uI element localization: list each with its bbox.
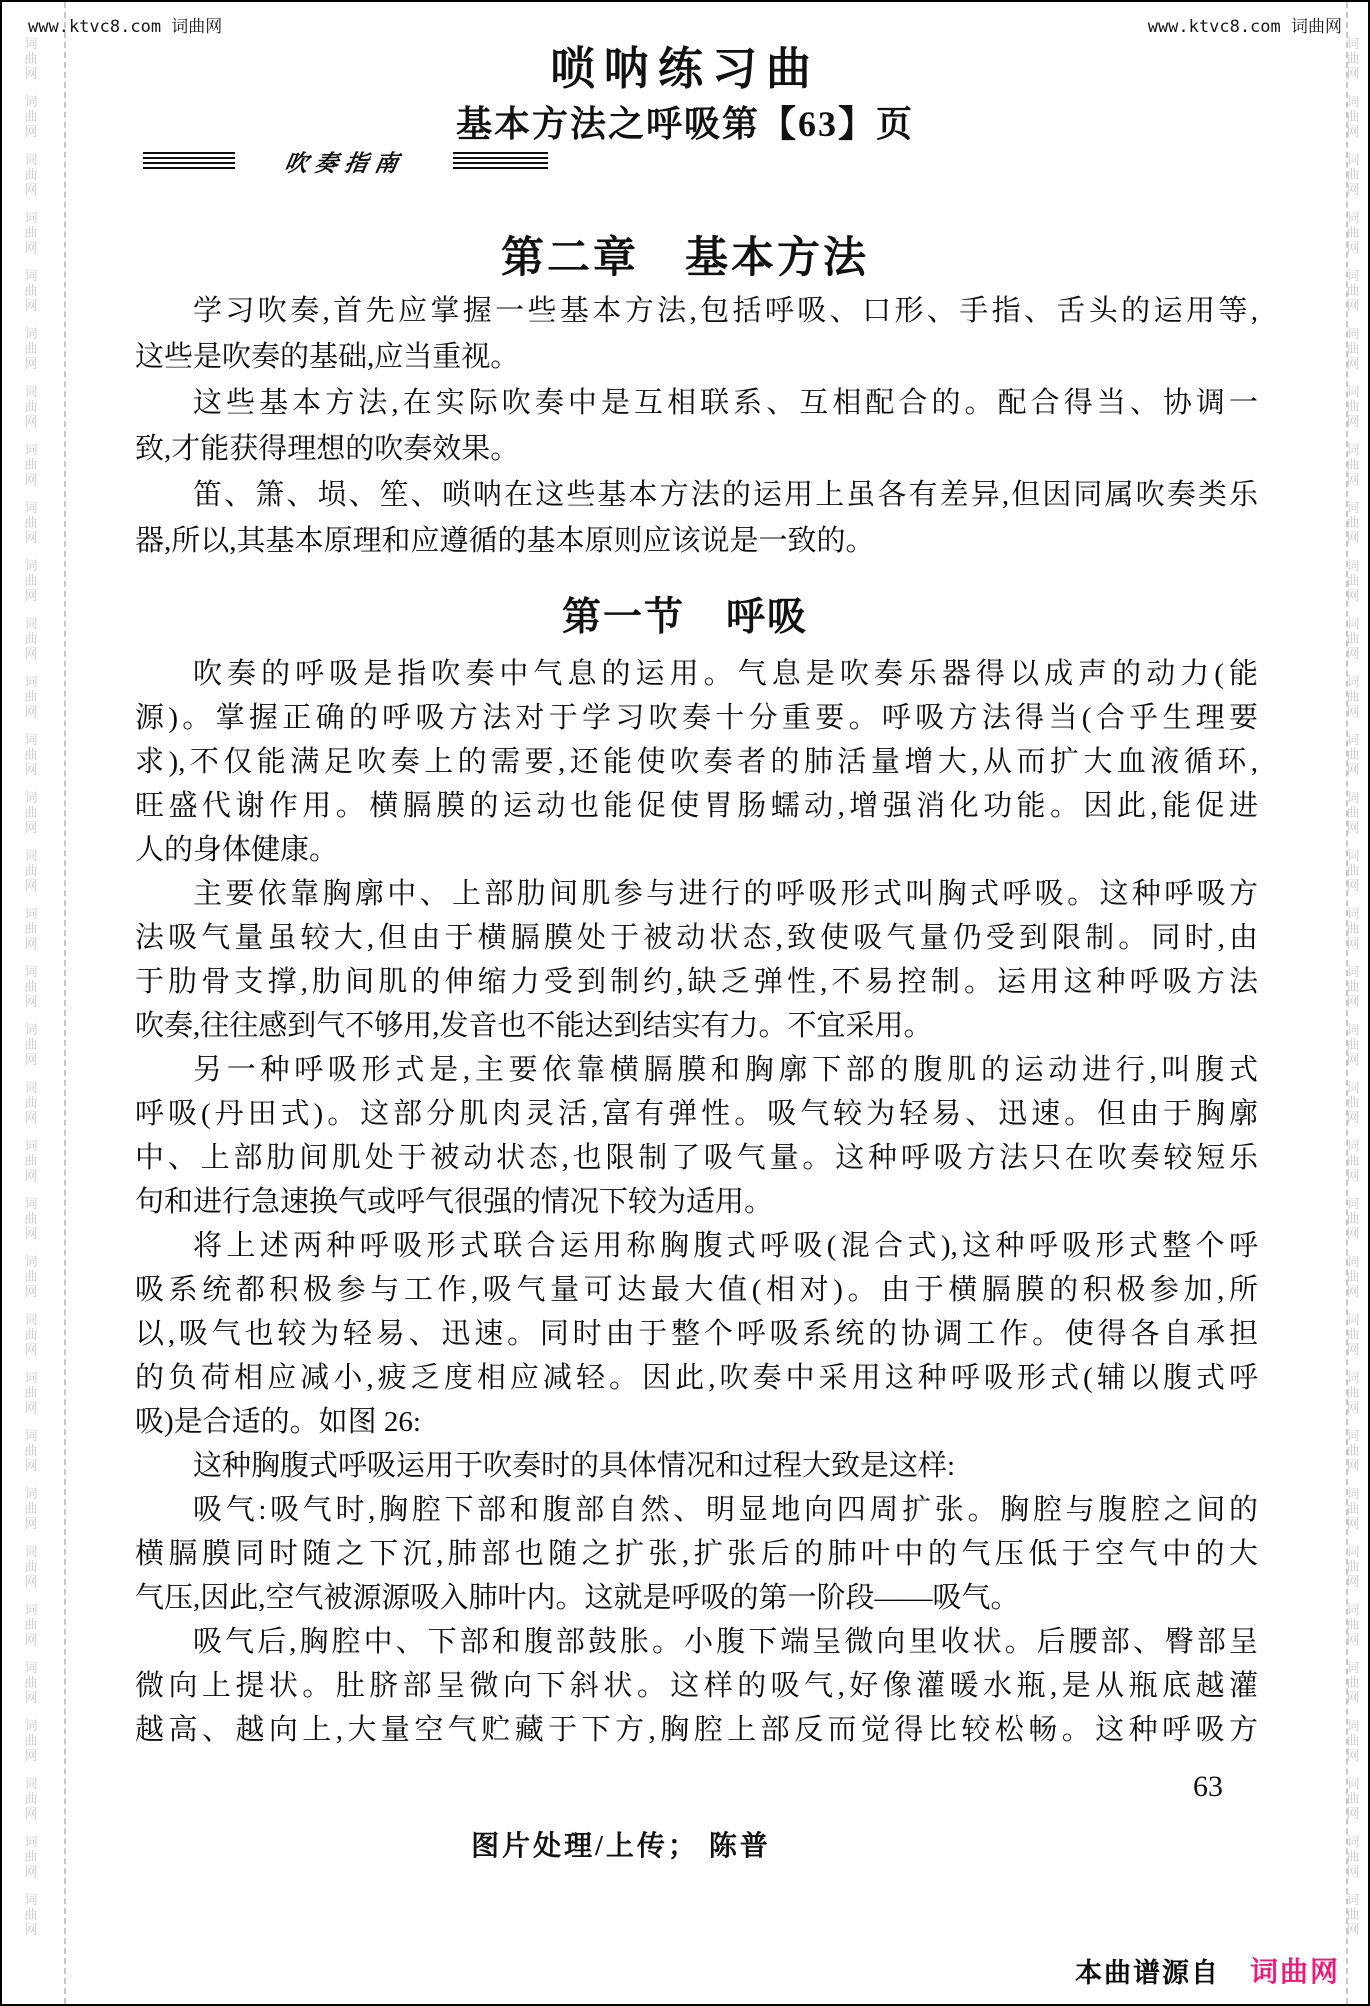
side-watermark-group: 词曲网 xyxy=(21,1254,41,1299)
side-watermark-group: 词曲网 xyxy=(21,1138,41,1183)
side-watermark-char: 网 xyxy=(21,1864,41,1879)
side-watermark-char: 曲 xyxy=(21,1269,41,1284)
text-line: 致,才能获得理想的吹奏效果。 xyxy=(135,426,1258,472)
left-watermark-column: 词曲网词曲网词曲网词曲网词曲网词曲网词曲网词曲网词曲网词曲网词曲网词曲网词曲网词… xyxy=(21,36,41,1984)
side-watermark-char: 网 xyxy=(21,1226,41,1241)
intro-paragraphs: 学习吹奏,首先应掌握一些基本方法,包括呼吸、口形、手指、舌头的运用等,这些是吹奏… xyxy=(135,288,1258,564)
text-line: 吸系统都积极参与工作,吸气量可达最大值(相对)。由于横膈膜的积极参加,所 xyxy=(135,1268,1258,1312)
text-line: 这种胸腹式呼吸运用于吹奏时的具体情况和过程大致是这样: xyxy=(135,1444,1258,1488)
side-watermark-char: 词 xyxy=(21,1544,41,1559)
side-watermark-group: 词曲网 xyxy=(21,384,41,429)
side-watermark-char: 网 xyxy=(21,1284,41,1299)
text-line: 于肋骨支撑,肋间肌的伸缩力受到制约,缺乏弹性,不易控制。运用这种呼吸方法 xyxy=(135,960,1258,1004)
page-subtitle: 基本方法之呼吸第【63】页 xyxy=(2,96,1368,147)
page-title: 唢呐练习曲 xyxy=(2,32,1368,97)
page-number: 63 xyxy=(1193,1770,1223,1804)
side-watermark-char: 网 xyxy=(21,994,41,1009)
text-line: 横膈膜同时随之下沉,肺部也随之扩张,扩张后的肺叶中的气压低于空气中的大 xyxy=(135,1532,1258,1576)
side-watermark-char: 曲 xyxy=(21,515,41,530)
right-dashed-rule xyxy=(1346,2,1348,2004)
text-line: 将上述两种呼吸形式联合运用称胸腹式呼吸(混合式),这种呼吸形式整个呼 xyxy=(135,1224,1258,1268)
side-watermark-char: 网 xyxy=(21,1632,41,1647)
side-watermark-char: 曲 xyxy=(21,805,41,820)
side-watermark-char: 网 xyxy=(21,762,41,777)
side-watermark-group: 词曲网 xyxy=(21,1486,41,1531)
side-watermark-char: 曲 xyxy=(21,1211,41,1226)
side-watermark-group: 词曲网 xyxy=(21,790,41,835)
side-watermark-char: 网 xyxy=(21,1458,41,1473)
side-watermark-char: 词 xyxy=(21,442,41,457)
side-watermark-char: 网 xyxy=(21,936,41,951)
side-watermark-char: 曲 xyxy=(21,457,41,472)
side-watermark-char: 网 xyxy=(21,1922,41,1937)
side-watermark-char: 网 xyxy=(21,878,41,893)
upload-credit: 图片处理/上传； 陈普 xyxy=(2,1824,1240,1864)
decor-label: 吹奏指南 xyxy=(282,145,408,178)
side-watermark-group: 词曲网 xyxy=(21,1544,41,1589)
text-line: 呼吸(丹田式)。这部分肌肉灵活,富有弹性。吸气较为轻易、迅速。但由于胸廓 xyxy=(135,1092,1258,1136)
side-watermark-group: 词曲网 xyxy=(21,1602,41,1647)
text-line: 另一种呼吸形式是,主要依靠横膈膜和胸廓下部的腹肌的运动进行,叫腹式 xyxy=(135,1048,1258,1092)
side-watermark-char: 网 xyxy=(21,1806,41,1821)
side-watermark-char: 曲 xyxy=(21,1617,41,1632)
side-watermark-group: 词曲网 xyxy=(21,848,41,893)
side-watermark-char: 词 xyxy=(21,1196,41,1211)
side-watermark-char: 词 xyxy=(21,500,41,515)
side-watermark-group: 词曲网 xyxy=(21,1718,41,1763)
side-watermark-char: 词 xyxy=(21,1660,41,1675)
side-watermark-char: 网 xyxy=(21,298,41,313)
side-watermark-group: 词曲网 xyxy=(21,674,41,719)
side-watermark-char: 词 xyxy=(21,1602,41,1617)
side-watermark-group: 词曲网 xyxy=(21,1660,41,1705)
side-watermark-char: 网 xyxy=(21,530,41,545)
side-watermark-char: 曲 xyxy=(21,1559,41,1574)
side-watermark-char: 曲 xyxy=(21,921,41,936)
side-watermark-char: 词 xyxy=(21,1718,41,1733)
side-watermark-char: 网 xyxy=(21,1400,41,1415)
text-line: 吹奏,往往感到气不够用,发音也不能达到结实有力。不宜采用。 xyxy=(135,1004,1258,1048)
side-watermark-char: 曲 xyxy=(21,1907,41,1922)
side-watermark-char: 网 xyxy=(21,1690,41,1705)
text-line: 人的身体健康。 xyxy=(135,828,1258,872)
stripe-rule-left xyxy=(143,152,235,171)
side-watermark-group: 词曲网 xyxy=(21,906,41,951)
side-watermark-char: 词 xyxy=(21,1022,41,1037)
side-watermark-char: 曲 xyxy=(21,1037,41,1052)
side-watermark-char: 词 xyxy=(21,964,41,979)
side-watermark-char: 网 xyxy=(21,704,41,719)
text-line: 以,吸气也较为轻易、迅速。同时由于整个呼吸系统的协调工作。使得各自承担 xyxy=(135,1312,1258,1356)
side-watermark-char: 词 xyxy=(21,384,41,399)
footer-source-label: 本曲谱源自 xyxy=(1075,1951,1220,1990)
side-watermark-char: 曲 xyxy=(21,1733,41,1748)
side-watermark-char: 网 xyxy=(21,1052,41,1067)
text-line: 旺盛代谢作用。横膈膜的运动也能促使胃肠蠕动,增强消化功能。因此,能促进 xyxy=(135,784,1258,828)
side-watermark-char: 曲 xyxy=(21,1791,41,1806)
text-line: 法吸气量虽较大,但由于横膈膜处于被动状态,致使吸气量仍受到限制。同时,由 xyxy=(135,916,1258,960)
side-watermark-char: 网 xyxy=(21,1110,41,1125)
side-watermark-char: 词 xyxy=(21,1138,41,1153)
side-watermark-group: 词曲网 xyxy=(21,1428,41,1473)
side-watermark-char: 词 xyxy=(21,790,41,805)
side-watermark-char: 曲 xyxy=(21,167,41,182)
side-watermark-char: 词 xyxy=(21,152,41,167)
side-watermark-group: 词曲网 xyxy=(21,1892,41,1937)
side-watermark-char: 网 xyxy=(21,1342,41,1357)
text-line: 吹奏的呼吸是指吹奏中气息的运用。气息是吹奏乐器得以成声的动力(能 xyxy=(135,652,1258,696)
side-watermark-char: 词 xyxy=(21,674,41,689)
side-watermark-char: 词 xyxy=(21,906,41,921)
side-watermark-char: 词 xyxy=(21,1080,41,1095)
text-line: 吸)是合适的。如图 26: xyxy=(135,1400,1258,1444)
side-watermark-char: 曲 xyxy=(21,1675,41,1690)
side-watermark-char: 词 xyxy=(21,732,41,747)
side-watermark-char: 网 xyxy=(21,820,41,835)
side-watermark-char: 网 xyxy=(21,472,41,487)
side-watermark-char: 曲 xyxy=(21,1385,41,1400)
text-line: 学习吹奏,首先应掌握一些基本方法,包括呼吸、口形、手指、舌头的运用等, xyxy=(135,288,1258,334)
stripe-rule-right xyxy=(453,152,548,171)
side-watermark-char: 曲 xyxy=(21,863,41,878)
side-watermark-group: 词曲网 xyxy=(21,500,41,545)
side-watermark-char: 词 xyxy=(21,848,41,863)
side-watermark-char: 曲 xyxy=(21,689,41,704)
text-line: 微向上提状。肚脐部呈微向下斜状。这样的吸气,好像灌暖水瓶,是从瓶底越灌 xyxy=(135,1664,1258,1708)
left-dashed-rule xyxy=(64,2,66,2004)
side-watermark-group: 词曲网 xyxy=(21,442,41,487)
side-watermark-char: 曲 xyxy=(21,1501,41,1516)
text-line: 气压,因此,空气被源源吸入肺叶内。这就是呼吸的第一阶段——吸气。 xyxy=(135,1576,1258,1620)
side-watermark-char: 网 xyxy=(21,646,41,661)
side-watermark-char: 网 xyxy=(21,182,41,197)
text-line: 的负荷相应减小,疲乏度相应减轻。因此,吹奏中采用这种呼吸形式(辅以腹式呼 xyxy=(135,1356,1258,1400)
side-watermark-char: 网 xyxy=(21,1748,41,1763)
side-watermark-char: 网 xyxy=(21,1516,41,1531)
text-line: 主要依靠胸廓中、上部肋间肌参与进行的呼吸形式叫胸式呼吸。这种呼吸方 xyxy=(135,872,1258,916)
side-watermark-char: 曲 xyxy=(21,283,41,298)
footer-brand: 词曲网 xyxy=(1250,1950,1340,1990)
side-watermark-group: 词曲网 xyxy=(21,1196,41,1241)
side-watermark-char: 曲 xyxy=(21,1095,41,1110)
side-watermark-char: 网 xyxy=(21,414,41,429)
side-watermark-group: 词曲网 xyxy=(21,1312,41,1357)
text-line: 笛、箫、埙、笙、唢呐在这些基本方法的运用上虽各有差异,但因同属吹奏类乐 xyxy=(135,472,1258,518)
text-line: 器,所以,其基本原理和应遵循的基本原则应该说是一致的。 xyxy=(135,518,1258,564)
side-watermark-group: 词曲网 xyxy=(21,1080,41,1125)
section-heading: 第一节 呼吸 xyxy=(2,586,1368,642)
side-watermark-char: 曲 xyxy=(21,341,41,356)
side-watermark-char: 词 xyxy=(21,1254,41,1269)
text-line: 求),不仅能满足吹奏上的需要,还能使吹奏者的肺活量增大,从而扩大血液循环, xyxy=(135,740,1258,784)
side-watermark-char: 词 xyxy=(21,326,41,341)
footer-source-row: 本曲谱源自 词曲网 xyxy=(1075,1950,1340,1990)
side-watermark-group: 词曲网 xyxy=(21,1776,41,1821)
side-watermark-char: 曲 xyxy=(21,747,41,762)
text-line: 吸气后,胸腔中、下部和腹部鼓胀。小腹下端呈微向里收状。后腰部、臀部呈 xyxy=(135,1620,1258,1664)
text-line: 越高、越向上,大量空气贮藏于下方,胸腔上部反而觉得比较松畅。这种呼吸方 xyxy=(135,1708,1258,1752)
decorative-rule-row: 吹奏指南 xyxy=(143,148,548,174)
side-watermark-group: 词曲网 xyxy=(21,1370,41,1415)
text-line: 源)。掌握正确的呼吸方法对于学习吹奏十分重要。呼吸方法得当(合乎生理要 xyxy=(135,696,1258,740)
breathing-paragraphs: 吹奏的呼吸是指吹奏中气息的运用。气息是吹奏乐器得以成声的动力(能源)。掌握正确的… xyxy=(135,652,1258,1752)
text-line: 句和进行急速换气或呼气很强的情况下较为适用。 xyxy=(135,1180,1258,1224)
side-watermark-char: 曲 xyxy=(21,1327,41,1342)
side-watermark-char: 词 xyxy=(21,210,41,225)
side-watermark-char: 词 xyxy=(21,1776,41,1791)
side-watermark-group: 词曲网 xyxy=(21,326,41,371)
scanned-document-page: 词曲网词曲网词曲网词曲网词曲网词曲网词曲网词曲网词曲网词曲网词曲网词曲网词曲网词… xyxy=(0,0,1370,2006)
side-watermark-char: 词 xyxy=(21,558,41,573)
text-line: 这些是吹奏的基础,应当重视。 xyxy=(135,334,1258,380)
text-line: 这些基本方法,在实际吹奏中是互相联系、互相配合的。配合得当、协调一 xyxy=(135,380,1258,426)
side-watermark-char: 词 xyxy=(21,1486,41,1501)
side-watermark-char: 曲 xyxy=(21,1153,41,1168)
side-watermark-char: 词 xyxy=(21,1312,41,1327)
side-watermark-char: 曲 xyxy=(21,399,41,414)
text-line: 吸气:吸气时,胸腔下部和腹部自然、明显地向四周扩张。胸腔与腹腔之间的 xyxy=(135,1488,1258,1532)
side-watermark-char: 网 xyxy=(21,1574,41,1589)
side-watermark-char: 网 xyxy=(21,356,41,371)
side-watermark-group: 词曲网 xyxy=(21,1022,41,1067)
text-line: 中、上部肋间肌处于被动状态,也限制了吸气量。这种呼吸方法只在吹奏较短乐 xyxy=(135,1136,1258,1180)
side-watermark-group: 词曲网 xyxy=(21,964,41,1009)
side-watermark-char: 词 xyxy=(21,1892,41,1907)
side-watermark-group: 词曲网 xyxy=(21,152,41,197)
chapter-heading: 第二章 基本方法 xyxy=(2,224,1368,285)
side-watermark-char: 词 xyxy=(21,1370,41,1385)
side-watermark-char: 曲 xyxy=(21,979,41,994)
side-watermark-char: 网 xyxy=(21,1168,41,1183)
side-watermark-group: 词曲网 xyxy=(21,732,41,777)
side-watermark-char: 词 xyxy=(21,1428,41,1443)
side-watermark-char: 曲 xyxy=(21,1443,41,1458)
